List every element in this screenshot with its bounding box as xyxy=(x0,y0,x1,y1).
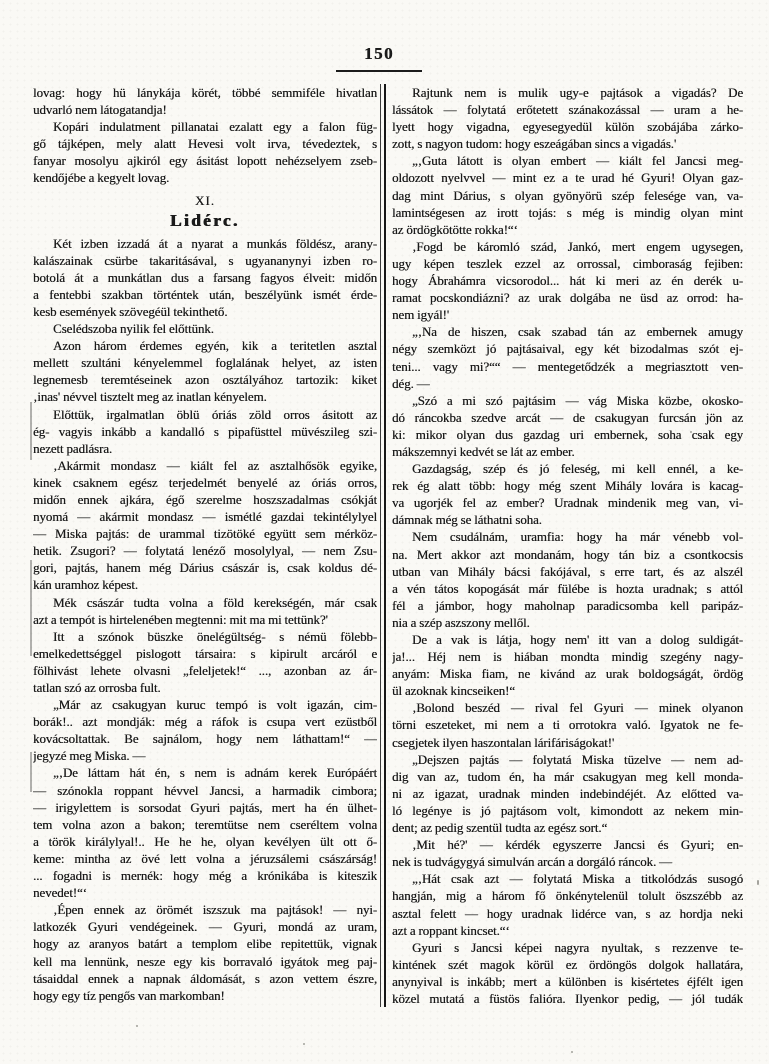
text-line: dámnak még se láthatni soha. xyxy=(392,511,743,528)
text-line: „Már az csakugyan kuruc tempó is volt ig… xyxy=(33,696,377,713)
text-line: ki: mikor olyan dus gazdag uri embernek,… xyxy=(392,426,743,443)
text-line: dég. — xyxy=(392,375,743,392)
text-line: Kopári indulatment pillanatai ezalatt eg… xyxy=(33,118,377,135)
scan-speck xyxy=(571,1051,573,1053)
text-line: udvarló nem látogatandja! xyxy=(33,101,377,118)
text-line: „‚Na de hiszen, csak szabad tán az ember… xyxy=(392,323,743,340)
paragraph: „‚De láttam hát én, s nem is adnám kerek… xyxy=(33,764,377,901)
text-line: kell ma lennünk, nesze egy kis borravaló… xyxy=(33,953,377,970)
text-line: lovag: hogy hü lánykája körét, többé sem… xyxy=(33,84,377,101)
paragraph: lovag: hogy hü lánykája körét, többé sem… xyxy=(33,84,377,118)
text-line: tásaiddal ennek a napnak áldomását, s az… xyxy=(33,970,377,987)
text-line: latkozék Gyuri vendégeinek. — Gyuri, mon… xyxy=(33,918,377,935)
text-line: borák!.. azt mondják: még a ráfok is csu… xyxy=(33,713,377,730)
scan-speck xyxy=(690,431,692,433)
text-line: Gyuri s Jancsi képei nagyra nyultak, s r… xyxy=(392,939,743,956)
text-line: ló legénye is jó pajtásom volt, kimondot… xyxy=(392,802,743,819)
chapter-number: XI. xyxy=(33,193,377,208)
paragraph: „Dejszen pajtás — folytatá Miska tüzelve… xyxy=(392,751,743,836)
text-line: nyomá — akármit mondasz — ismétlé gazdai… xyxy=(33,508,377,525)
text-line: ‚Fogd be káromló szád, Jankó, mert engem… xyxy=(392,238,743,255)
text-line: — Miska pajtás: de urammal tizötöké együ… xyxy=(33,525,377,542)
text-line: ramat pocskondiázni? az urak dolgába ne … xyxy=(392,289,743,306)
paragraph: ‚Bolond beszéd — rival fel Gyuri — minek… xyxy=(392,699,743,750)
text-line: nek is tudvágygyá simulván arcán a dorgá… xyxy=(392,853,743,870)
text-column-right: Rajtunk nem is mulik ugy-e pajtások a vi… xyxy=(392,84,743,1007)
text-line: mellett szultáni kényelemmel foglalának … xyxy=(33,354,377,371)
text-line: va ugorjék fel az ember? Uradnak mindeni… xyxy=(392,494,743,511)
text-line: mákszemnyi kedvét se lát az ember. xyxy=(392,443,743,460)
text-line: „Szó a mi szó pajtásim — vág Miska közbe… xyxy=(392,392,743,409)
text-line: közel mutatá a füstös falióra. Ilyenkor … xyxy=(392,990,743,1007)
paragraph: ‚Fogd be káromló szád, Jankó, mert engem… xyxy=(392,238,743,323)
text-line: Cselédszoba nyilik fel előttünk. xyxy=(33,320,377,337)
column-divider-rule xyxy=(380,84,386,1007)
text-line: kendőjébe a kegyelt lovag. xyxy=(33,169,377,186)
text-line: „‚De láttam hát én, s nem is adnám kerek… xyxy=(33,764,377,781)
paragraph: ‚Akármit mondasz — kiált fel az asztalhő… xyxy=(33,457,377,594)
text-line: dag mint Dárius, s olyan gyönyörü szép f… xyxy=(392,187,743,204)
text-column-left: lovag: hogy hü lánykája körét, többé sem… xyxy=(33,84,377,1004)
text-line: kovácsoltattak. Be sajnálom, hogy nem lá… xyxy=(33,730,377,747)
page-number-rule xyxy=(336,70,422,72)
text-line: jegyzé meg Miska. — xyxy=(33,747,377,764)
text-line: az ördögkötötte rokka!“‘ xyxy=(392,221,743,238)
text-line: nevedet!“‘ xyxy=(33,884,377,901)
text-line: tem volna azon a bakon; teremtütse nem c… xyxy=(33,816,377,833)
text-line: Gazdagság, szép és jó feleség, mi kell e… xyxy=(392,460,743,477)
text-line: négy szemközt jó pajtásaival, egy két bi… xyxy=(392,340,743,357)
text-line: tatlan szó az orrosba fult. xyxy=(33,679,377,696)
text-line: ‚inas' névvel tisztelt meg az inatlan ké… xyxy=(33,388,377,405)
text-line: dó ráncokba szedve arcát — de csakugyan … xyxy=(392,409,743,426)
text-line: hangján, mig a három fő önkénytelenül to… xyxy=(392,887,743,904)
text-line: kán uramhoz képest. xyxy=(33,576,377,593)
text-line: ‚Bolond beszéd — rival fel Gyuri — minek… xyxy=(392,699,743,716)
text-line: hogy egy tíz pengős van markomban! xyxy=(33,987,377,1004)
text-line: midőn ennek ajkára, égő szerelme hoszsza… xyxy=(33,491,377,508)
text-line: anynyival is inkább; mert a különben is … xyxy=(392,973,743,990)
text-line: — irigylettem is sorsodat Gyuri pajtás, … xyxy=(33,799,377,816)
paragraph: Két izben izzadá át a nyarat a munkás fö… xyxy=(33,235,377,320)
text-line: asztal felett — hogy uradnak lidérce van… xyxy=(392,905,743,922)
text-line: Előttük, irgalmatlan öblü óriás zöld orr… xyxy=(33,406,377,423)
text-line: a fentebbi szakban történtek után, beszé… xyxy=(33,286,377,303)
paragraph: Rajtunk nem is mulik ugy-e pajtások a vi… xyxy=(392,84,743,152)
text-line: dig van az, tudom én, ha már csakugyan m… xyxy=(392,768,743,785)
text-line: botolá át a munkátlan dus a farsang fagy… xyxy=(33,269,377,286)
text-line: lamintségesen az irott tojás: s még is m… xyxy=(392,204,743,221)
scan-speck xyxy=(757,880,759,885)
text-line: — szónokla roppant hévvel Jancsi, a harm… xyxy=(33,782,377,799)
text-line: ‚Épen ennek az örömét iszszuk ma pajtáso… xyxy=(33,901,377,918)
text-line: zott, s nagyon tudom: hogy eszeágában si… xyxy=(392,135,743,152)
scan-edge-artifact xyxy=(30,752,32,792)
text-line: a török királylyal!.. He he he, olyan ke… xyxy=(33,833,377,850)
paragraph: Gazdagság, szép és jó feleség, mi kell e… xyxy=(392,460,743,528)
scan-edge-artifact xyxy=(30,402,32,460)
text-line: azt a roppant kincset.“‘ xyxy=(392,922,743,939)
text-line: kinek csaknem egész terjedelmét benyelé … xyxy=(33,474,377,491)
paragraph: „Szó a mi szó pajtásim — vág Miska közbe… xyxy=(392,392,743,460)
paragraph: Nem csudálnám, uramfia: hogy ha már véne… xyxy=(392,528,743,631)
text-line: ugy képen teszlek ezzel az orrossal, cim… xyxy=(392,255,743,272)
text-line: „‚Hát csak azt — folytatá Miska a titkol… xyxy=(392,870,743,887)
text-line: hetik. Zsugori? — folytatá lenéző mosoly… xyxy=(33,542,377,559)
text-line: lássátok — folytatá erőtetett szánakozás… xyxy=(392,101,743,118)
text-line: fél a jámbor, hogy maholnap paradicsomba… xyxy=(392,597,743,614)
text-line: ég- vagyis inkább a kandalló s pipafüstt… xyxy=(33,423,377,440)
text-line: teni... vagy mi?““ — mentegetődzék a meg… xyxy=(392,358,743,375)
text-line: Nem csudálnám, uramfia: hogy ha már véne… xyxy=(392,528,743,545)
text-line: „‚Guta látott is olyan embert — kiált fe… xyxy=(392,152,743,169)
text-line: Rajtunk nem is mulik ugy-e pajtások a vi… xyxy=(392,84,743,101)
text-line: nezett padlásra. xyxy=(33,440,377,457)
text-line: anyám: Miska fiam, ne kivánd az urak bol… xyxy=(392,665,743,682)
paragraph: Itt a szónok büszke önelégültség- s némü… xyxy=(33,628,377,696)
text-line: Azon három érdemes egyén, kik a teritetl… xyxy=(33,337,377,354)
text-line: Mék császár tudta volna a föld kerekségé… xyxy=(33,594,377,611)
text-line: a vén tátos kopogását már fülébe is hozt… xyxy=(392,580,743,597)
paragraph: Mék császár tudta volna a föld kerekségé… xyxy=(33,594,377,628)
text-line: ‚Mit hé?' — kérdék egyszerre Jancsi és G… xyxy=(392,836,743,853)
text-line: hogy az aranyos batárt a templom elibe r… xyxy=(33,935,377,952)
text-line: törni eszeteket, mi nem a ti orrotokra v… xyxy=(392,716,743,733)
text-line: ‚Akármit mondasz — kiált fel az asztalhő… xyxy=(33,457,377,474)
text-line: legnemesb teremtéseinek azon osztályához… xyxy=(33,371,377,388)
text-line: kalászainak csürbe takaritásával, s ugya… xyxy=(33,252,377,269)
text-line: rek ég alatt több: hogy még szent Mihály… xyxy=(392,477,743,494)
scan-speck xyxy=(303,1043,305,1045)
text-line: na. Mert akkor azt mondanám, hogy tán bi… xyxy=(392,546,743,563)
text-line: De a vak is látja, hogy nem' itt van a d… xyxy=(392,631,743,648)
text-line: gori, pajtás, hanem még Dárius császár i… xyxy=(33,559,377,576)
paragraph: Gyuri s Jancsi képei nagyra nyultak, s r… xyxy=(392,939,743,1007)
text-line: utban van Mihály bácsi fakójával, s erre… xyxy=(392,563,743,580)
paragraph: Előttük, irgalmatlan öblü óriás zöld orr… xyxy=(33,406,377,457)
paragraph: Cselédszoba nyilik fel előttünk. xyxy=(33,320,377,337)
text-line: csegjetek ilyen haszontalan lárifáriságo… xyxy=(392,734,743,751)
book-page: { "page_header": { "page_number": "150" … xyxy=(0,0,769,1064)
text-line: lyett hogy vigadna, egyesegyedül külön s… xyxy=(392,118,743,135)
text-line: oldozott nyelvvel — mint ez a te urad hé… xyxy=(392,169,743,186)
text-line: ni az igazat, uradnak minden indebindéjé… xyxy=(392,785,743,802)
page-number: 150 xyxy=(0,44,758,64)
paragraph: „‚Na de hiszen, csak szabad tán az ember… xyxy=(392,323,743,391)
text-line: keme: mintha az övé lett volna a jéruzsá… xyxy=(33,850,377,867)
text-line: ül azoknak kincseiken!“ xyxy=(392,682,743,699)
text-line: nem igyál!' xyxy=(392,306,743,323)
paragraph: Kopári indulatment pillanatai ezalatt eg… xyxy=(33,118,377,186)
text-line: fanyar mosolyu ajkiról egy ásitást lopot… xyxy=(33,152,377,169)
text-line: hogy Ábrahámra vicsorodol... hát ki meri… xyxy=(392,272,743,289)
paragraph: „‚Hát csak azt — folytatá Miska a titkol… xyxy=(392,870,743,938)
text-line: nia a szép aszszony mellől. xyxy=(392,614,743,631)
paragraph: ‚Épen ennek az örömét iszszuk ma pajtáso… xyxy=(33,901,377,1004)
text-line: kintének szét magok körül ez ördöngös do… xyxy=(392,956,743,973)
paragraph: „Már az csakugyan kuruc tempó is volt ig… xyxy=(33,696,377,764)
scan-speck xyxy=(136,1025,138,1027)
scan-edge-artifact xyxy=(30,560,32,656)
paragraph: De a vak is látja, hogy nem' itt van a d… xyxy=(392,631,743,699)
chapter-title: Lidérc. xyxy=(33,211,377,231)
text-line: Itt a szónok büszke önelégültség- s némü… xyxy=(33,628,377,645)
text-line: ja!... Héj nem is hiában mondta mindig s… xyxy=(392,648,743,665)
text-line: gő tájképen, mely alatt Hevesi volt irva… xyxy=(33,135,377,152)
paragraph: „‚Guta látott is olyan embert — kiált fe… xyxy=(392,152,743,237)
paragraph: Azon három érdemes egyén, kik a teritetl… xyxy=(33,337,377,405)
text-line: Két izben izzadá át a nyarat a munkás fö… xyxy=(33,235,377,252)
text-line: dent; az pedig szentül tudta az egész so… xyxy=(392,819,743,836)
text-line: azt a tempót is hirtelenében megtenni: m… xyxy=(33,611,377,628)
text-line: fölhivást lehete olvasni „feleljetek!“ .… xyxy=(33,662,377,679)
paragraph: ‚Mit hé?' — kérdék egyszerre Jancsi és G… xyxy=(392,836,743,870)
text-line: kesb események szövegéül tekinthető. xyxy=(33,303,377,320)
text-line: emelkedettséggel pislogott társaira: s k… xyxy=(33,645,377,662)
text-line: ... fogadni is mernék: hogy még a krónik… xyxy=(33,867,377,884)
text-line: „Dejszen pajtás — folytatá Miska tüzelve… xyxy=(392,751,743,768)
